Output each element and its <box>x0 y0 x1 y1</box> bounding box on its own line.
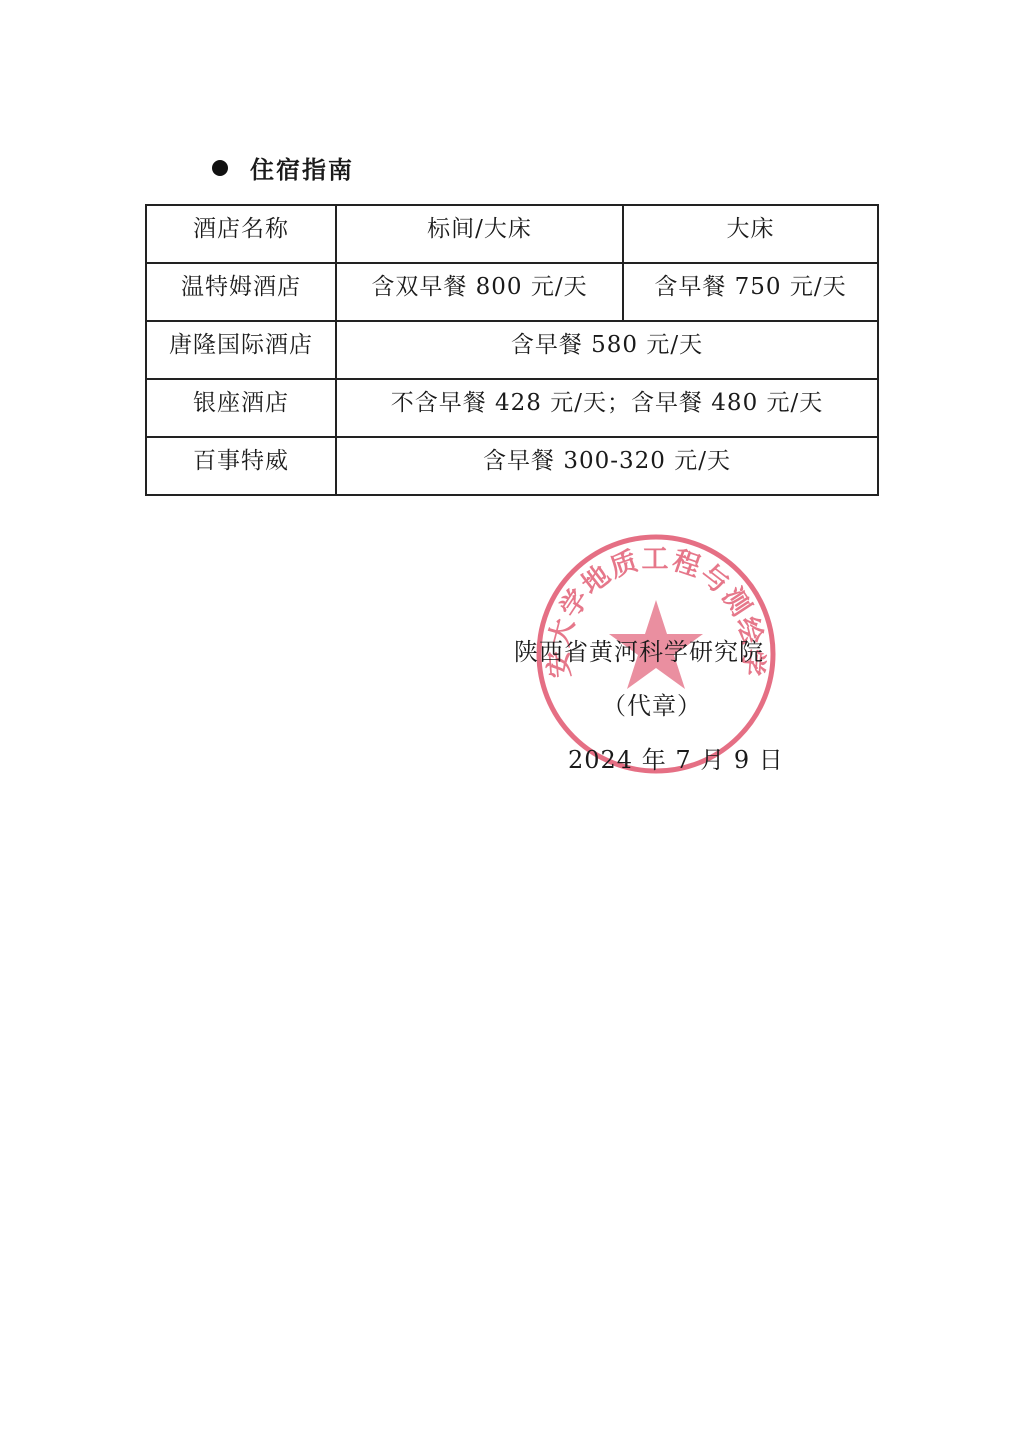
price-cell: 含早餐 300-320 元/天 <box>336 437 878 495</box>
table-header-row: 酒店名称 标间/大床 大床 <box>146 205 878 263</box>
header-king-room: 大床 <box>623 205 878 263</box>
hotel-name-cell: 百事特威 <box>146 437 336 495</box>
accommodation-table: 酒店名称 标间/大床 大床 温特姆酒店 含双早餐 800 元/天 含早餐 750… <box>145 204 879 496</box>
signature-date: 2024 年 7 月 9 日 <box>568 740 784 775</box>
hotel-name-cell: 唐隆国际酒店 <box>146 321 336 379</box>
organization-name: 陕西省黄河科学研究院 <box>514 632 764 667</box>
hotel-name-cell: 温特姆酒店 <box>146 263 336 321</box>
section-title: 住宿指南 <box>250 150 354 185</box>
table-row: 温特姆酒店 含双早餐 800 元/天 含早餐 750 元/天 <box>146 263 878 321</box>
price-cell: 含双早餐 800 元/天 <box>336 263 623 321</box>
price-cell: 含早餐 750 元/天 <box>623 263 878 321</box>
header-standard-room: 标间/大床 <box>336 205 623 263</box>
price-cell: 含早餐 580 元/天 <box>336 321 878 379</box>
table-row: 百事特威 含早餐 300-320 元/天 <box>146 437 878 495</box>
section-heading: 住宿指南 <box>212 150 354 185</box>
price-cell: 不含早餐 428 元/天；含早餐 480 元/天 <box>336 379 878 437</box>
hotel-name-cell: 银座酒店 <box>146 379 336 437</box>
table-row: 银座酒店 不含早餐 428 元/天；含早餐 480 元/天 <box>146 379 878 437</box>
bullet-icon <box>212 160 228 176</box>
stamp-note: （代章） <box>602 686 702 721</box>
header-hotel-name: 酒店名称 <box>146 205 336 263</box>
table-row: 唐隆国际酒店 含早餐 580 元/天 <box>146 321 878 379</box>
